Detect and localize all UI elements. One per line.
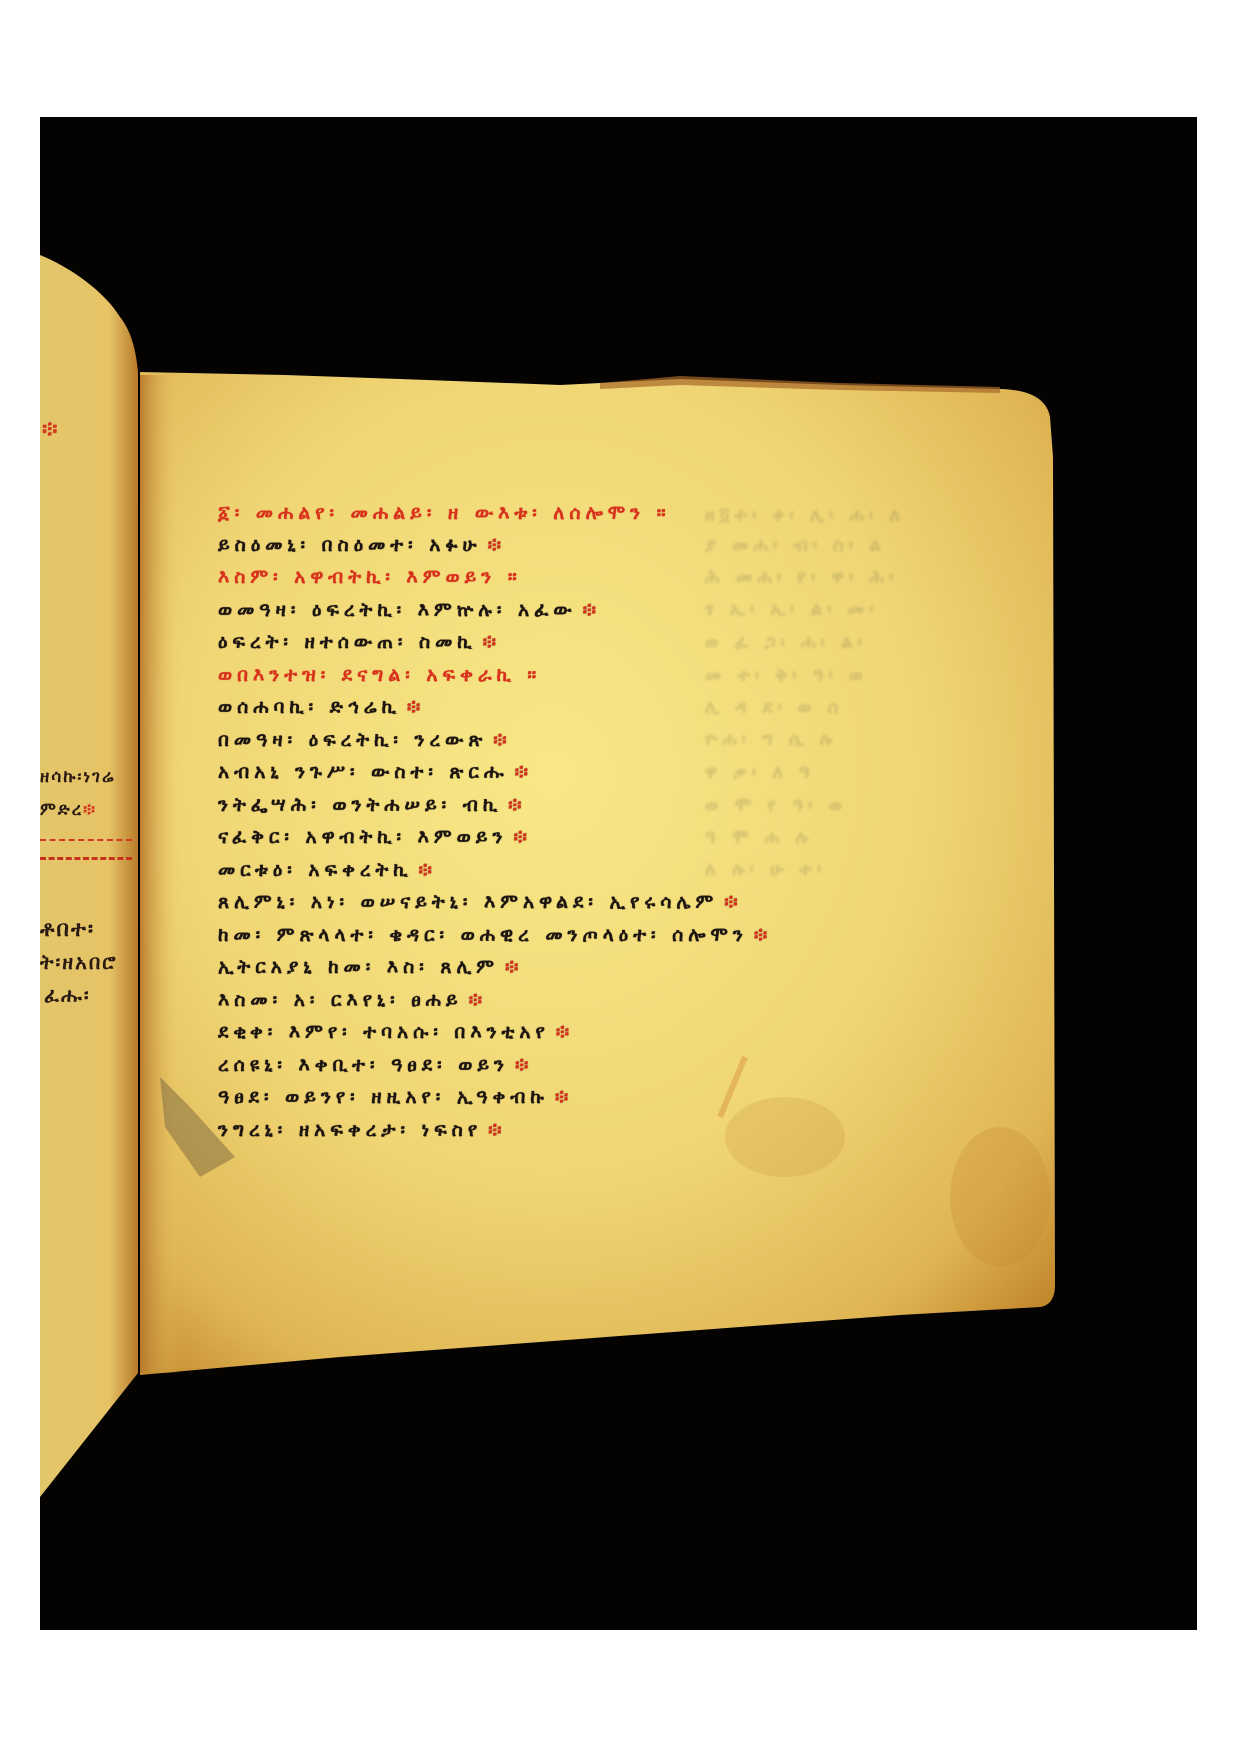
section-mark: ፨ <box>488 534 506 556</box>
left-fragment: ዘሳኩ፡ነገሬ <box>40 767 115 787</box>
line-text: ወመዓዛ፡ ዕፍረትኪ፡ እምኵሉ፡ አፈው <box>218 599 577 621</box>
line-text: ዓፀደ፡ ወይንየ፡ ዘዚአየ፡ ኢዓቀብኩ <box>218 1086 549 1108</box>
line-text: ዕፍረት፡ ዘተሰውጠ፡ ስመኪ <box>218 631 477 653</box>
text-line: እስመ፡ አ፡ ርእየኒ፡ ፀሐይ፨ <box>218 988 487 1012</box>
line-text: ኢትርአያኒ ከመ፡ እስ፡ ጸሊም <box>218 956 499 978</box>
bleed-line: ዮሐ፡ ግ ሲ ሉ <box>705 729 837 750</box>
bleed-line: ሊ ዳ ደ፡ ወ ሰ <box>705 697 843 718</box>
section-mark: ፨ <box>515 761 533 783</box>
bleed-line: ወ ፈ ጋ፡ ሐ፡ ል፡ <box>705 632 867 653</box>
text-line-heading: ፩፡ መሐልየ፡ መሐልይ፡ ዘ ውእቱ፡ ለሰሎሞን ። <box>218 501 671 525</box>
section-mark: ፨ <box>493 729 511 751</box>
text-line: ኢትርአያኒ ከመ፡ እስ፡ ጸሊም፨ <box>218 955 523 979</box>
left-fragment: ምድረ፨ <box>40 800 97 820</box>
bleed-line: ያ መሐ፡ ብ፡ ስ፡ ል <box>705 535 886 556</box>
text-line: መርቱዕ፡ አፍቀረትኪ፨ <box>218 858 437 882</box>
section-mark: ፨ <box>556 1021 574 1043</box>
left-fragment: ት፡ዘአበሮ <box>40 950 118 974</box>
text-line: አብአኒ ንጉሥ፡ ውስተ፡ ጽርሑ፨ <box>218 760 533 784</box>
text-line: ወመዓዛ፡ ዕፍረትኪ፡ እምኵሉ፡ አፈው፨ <box>218 598 601 622</box>
line-text: ረሰዩኒ፡ እቀቢተ፡ ዓፀደ፡ ወይን <box>218 1054 509 1076</box>
bleed-line: ሕ መሐ፡ የ፡ ዋ፡ ሕ፡ <box>705 567 898 588</box>
text-line: እስም፡ አዋብትኪ፡ እምወይን ። <box>218 565 522 589</box>
line-text: ከመ፡ ምጽላላተ፡ ቄዳር፡ ወሐዊረ መንጦላዕተ፡ ሰሎሞን <box>218 924 748 946</box>
line-text: አብአኒ ንጉሥ፡ ውስተ፡ ጽርሑ <box>218 761 509 783</box>
section-mark: ፨ <box>488 1119 506 1141</box>
line-text: ናፈቅር፡ አዋብትኪ፡ እምወይን <box>218 826 507 848</box>
line-text: እስም፡ አዋብትኪ፡ እምወይን ። <box>218 566 522 588</box>
text-line: ወበእንተዝ፡ ደናግል፡ አፍቀራኪ ። <box>218 663 541 687</box>
bleed-line: ዓ ሞ ሐ ሉ <box>705 827 813 848</box>
left-fragment: ቶበተ፡ <box>40 917 95 942</box>
manuscript-photograph: ዘ፬ተ፡ ቀ፡ ሊ፡ ሐ፡ ለ ያ መሐ፡ ብ፡ ስ፡ ል ሕ መሐ፡ የ፡ ዋ… <box>40 117 1197 1630</box>
section-mark: ፨ <box>724 891 742 913</box>
bleed-line: ፃ ኢ፡ ኢ፡ ል፡ መ፡ <box>705 599 878 620</box>
line-text: መርቱዕ፡ አፍቀረትኪ <box>218 859 413 881</box>
section-mark: ፨ <box>555 1086 573 1108</box>
text-line: ዕፍረት፡ ዘተሰውጠ፡ ስመኪ፨ <box>218 630 501 654</box>
line-text: ወሰሐባኪ፡ ድኅሬኪ <box>218 696 401 718</box>
section-mark: ፨ <box>513 826 531 848</box>
section-mark: ፨ <box>505 956 523 978</box>
line-text: ደቂቀ፡ እምየ፡ ተባአሱ፡ በእንቲአየ <box>218 1021 550 1043</box>
text-line: በመዓዛ፡ ዕፍረትኪ፡ ንረውጽ፨ <box>218 728 512 752</box>
line-text: ንግረኒ፡ ዘአፍቀረታ፡ ነፍስየ <box>218 1119 482 1141</box>
section-mark: ፨ <box>583 599 601 621</box>
section-mark: ፨ <box>754 924 772 946</box>
left-ornament-divider <box>40 839 132 843</box>
section-mark: ፨ <box>515 1054 533 1076</box>
bleed-line: ዘ፬ተ፡ ቀ፡ ሊ፡ ሐ፡ ለ <box>705 505 905 526</box>
line-text: እስመ፡ አ፡ ርእየኒ፡ ፀሐይ <box>218 989 463 1011</box>
line-text: በመዓዛ፡ ዕፍረትኪ፡ ንረውጽ <box>218 729 487 751</box>
text-line: ንግረኒ፡ ዘአፍቀረታ፡ ነፍስየ፨ <box>218 1118 506 1142</box>
left-fragment-text: ምድረ <box>40 800 83 820</box>
text-line: ናፈቅር፡ አዋብትኪ፡ እምወይን፨ <box>218 825 532 849</box>
text-line: ወሰሐባኪ፡ ድኅሬኪ፨ <box>218 695 425 719</box>
text-line: ረሰዩኒ፡ እቀቢተ፡ ዓፀደ፡ ወይን፨ <box>218 1053 533 1077</box>
text-line: ከመ፡ ምጽላላተ፡ ቄዳር፡ ወሐዊረ መንጦላዕተ፡ ሰሎሞን፨ <box>218 923 772 947</box>
section-mark: ፨ <box>407 696 425 718</box>
section-mark: ፨ <box>419 859 437 881</box>
line-text: ወበእንተዝ፡ ደናግል፡ አፍቀራኪ ። <box>218 664 541 686</box>
left-fragment: ፈሑ፡ <box>44 983 91 1007</box>
line-text: ይስዕመኒ፡ በስዕመተ፡ አፉሁ <box>218 534 482 556</box>
text-line: ደቂቀ፡ እምየ፡ ተባአሱ፡ በእንቲአየ፨ <box>218 1020 574 1044</box>
section-mark: ፨ <box>483 631 501 653</box>
left-fragment-mark: ፨ <box>83 800 97 820</box>
bleed-line: ወ ሞ የ ዓ፡ ወ <box>705 795 847 816</box>
line-text: ጸሊምኒ፡ አነ፡ ወሠናይትኒ፡ እምአዋልደ፡ ኢየሩሳሌም <box>218 891 718 913</box>
text-line: ዓፀደ፡ ወይንየ፡ ዘዚአየ፡ ኢዓቀብኩ፨ <box>218 1085 573 1109</box>
section-mark: ፨ <box>508 794 526 816</box>
left-fragment: ፨ <box>42 417 59 442</box>
bleed-line: መ ተ፡ ቅ፡ ዓ፡ ወ <box>705 665 867 686</box>
line-text: ፩፡ መሐልየ፡ መሐልይ፡ ዘ ውእቱ፡ ለሰሎሞን ። <box>218 502 671 524</box>
left-ornament-divider <box>40 857 132 862</box>
text-line: ጸሊምኒ፡ አነ፡ ወሠናይትኒ፡ እምአዋልደ፡ ኢየሩሳሌም፨ <box>218 890 743 914</box>
text-line: ይስዕመኒ፡ በስዕመተ፡ አፉሁ፨ <box>218 533 506 557</box>
section-mark: ፨ <box>469 989 487 1011</box>
line-text: ንትፌሣሕ፡ ወንትሐሠይ፡ ብኪ <box>218 794 502 816</box>
pages-shapes <box>40 117 1197 1630</box>
bleed-line: ለ ሉ፡ ሁ ተ፡ <box>705 859 826 880</box>
text-line: ንትፌሣሕ፡ ወንትሐሠይ፡ ብኪ፨ <box>218 793 526 817</box>
bleed-line: ዋ ቃ፡ ለ ዓ <box>705 762 815 783</box>
